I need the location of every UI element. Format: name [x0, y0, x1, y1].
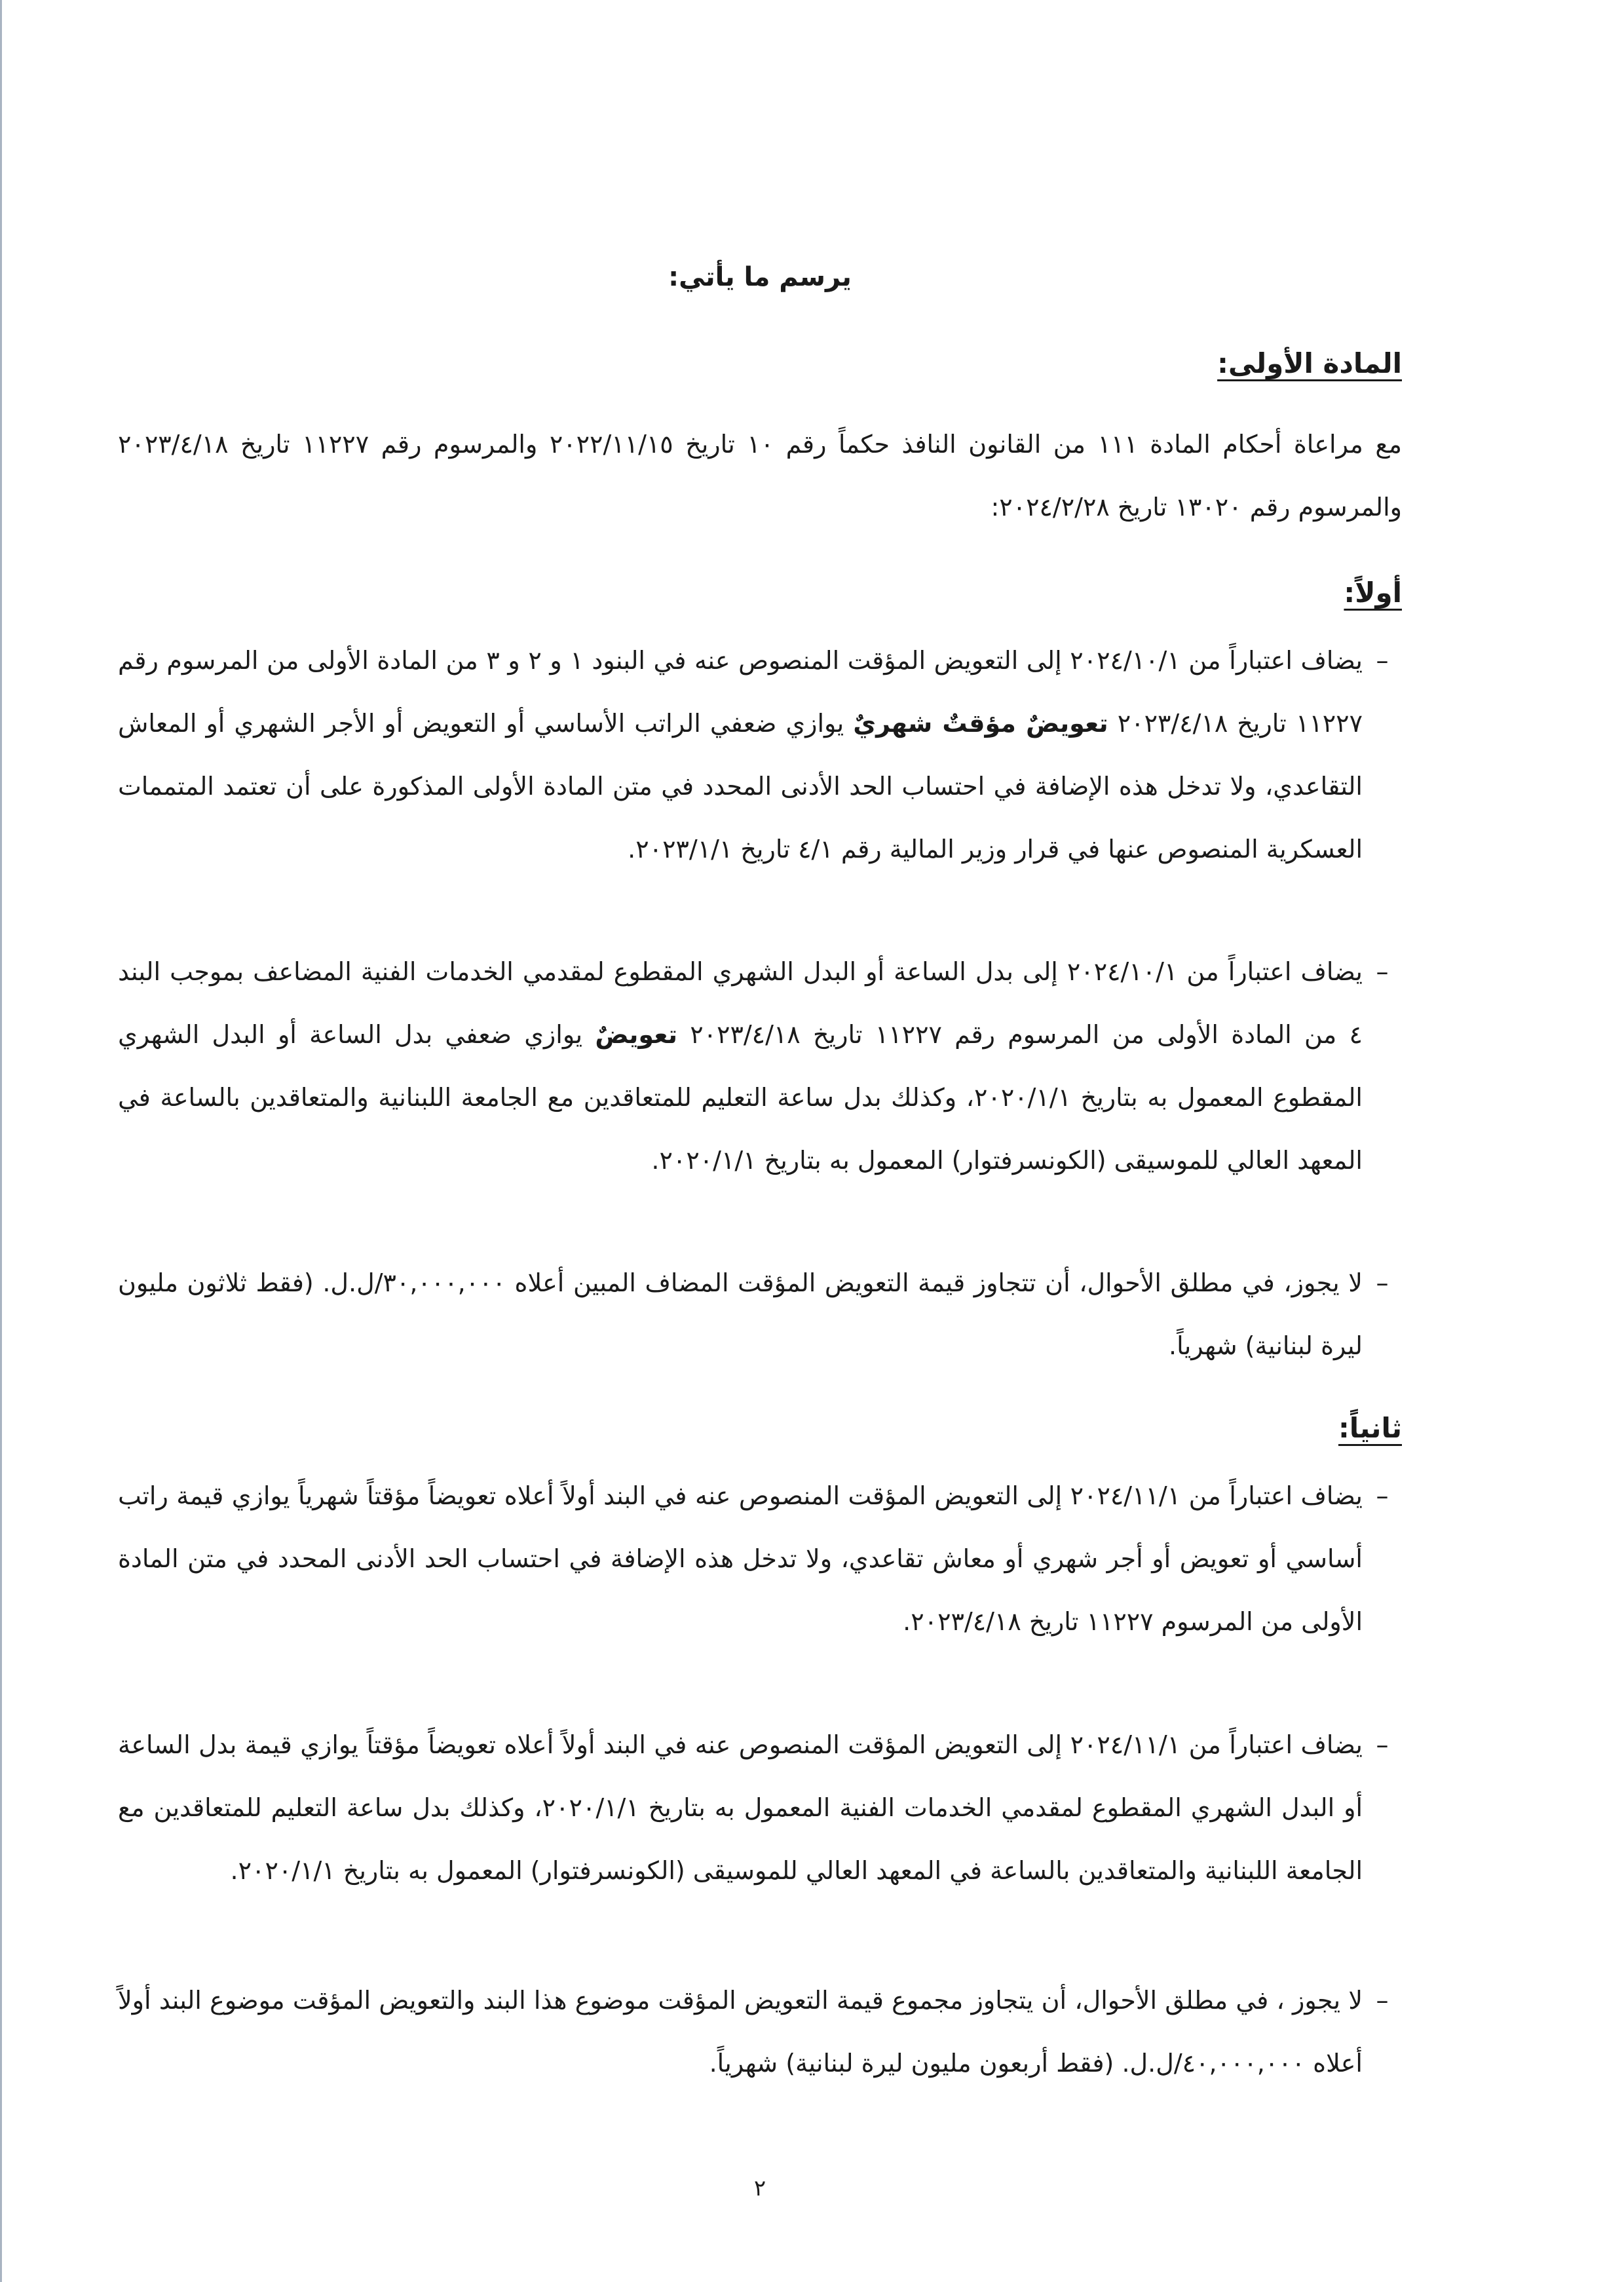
second-item-2: – يضاف اعتباراً من ٢٠٢٤/١١/١ إلى التعويض…	[118, 1713, 1402, 1902]
first-item-3: – لا يجوز، في مطلق الأحوال، أن تتجاوز قي…	[118, 1251, 1402, 1377]
section-second-heading: ثانياً:	[1338, 1412, 1402, 1444]
decree-intro: يرسم ما يأتي:	[118, 262, 1402, 292]
first-item-1: – يضاف اعتباراً من ٢٠٢٤/١٠/١ إلى التعويض…	[118, 629, 1402, 881]
bullet-dash: –	[1363, 1251, 1402, 1377]
first-item-1-text: يضاف اعتباراً من ٢٠٢٤/١٠/١ إلى التعويض ا…	[118, 629, 1363, 881]
bold-phrase: تعويضٌ مؤقتٌ شهريٌ	[853, 709, 1108, 738]
second-item-3-text: لا يجوز ، في مطلق الأحوال، أن يتجاوز مجم…	[118, 1969, 1363, 2095]
section-first-heading: أولاً:	[1344, 577, 1402, 609]
second-item-1: – يضاف اعتباراً من ٢٠٢٤/١١/١ إلى التعويض…	[118, 1464, 1402, 1653]
bullet-dash: –	[1363, 940, 1402, 1192]
article-one-heading: المادة الأولى:	[1217, 347, 1402, 379]
article-one-preamble: مع مراعاة أحكام المادة ١١١ من القانون ال…	[118, 413, 1402, 539]
bold-phrase: تعويضٌ	[595, 1020, 677, 1049]
bullet-dash: –	[1363, 1969, 1402, 2095]
bullet-dash: –	[1363, 1464, 1402, 1653]
document-page: يرسم ما يأتي: المادة الأولى: مع مراعاة أ…	[118, 0, 1402, 2282]
second-item-2-text: يضاف اعتباراً من ٢٠٢٤/١١/١ إلى التعويض ا…	[118, 1713, 1363, 1902]
first-item-2-text: يضاف اعتباراً من ٢٠٢٤/١٠/١ إلى بدل الساع…	[118, 940, 1363, 1192]
bullet-dash: –	[1363, 1713, 1402, 1902]
scan-edge	[0, 0, 2, 2282]
first-item-3-text: لا يجوز، في مطلق الأحوال، أن تتجاوز قيمة…	[118, 1251, 1363, 1377]
second-item-1-text: يضاف اعتباراً من ٢٠٢٤/١١/١ إلى التعويض ا…	[118, 1464, 1363, 1653]
first-item-2: – يضاف اعتباراً من ٢٠٢٤/١٠/١ إلى بدل الس…	[118, 940, 1402, 1192]
second-item-3: – لا يجوز ، في مطلق الأحوال، أن يتجاوز م…	[118, 1969, 1402, 2095]
page-number: ٢	[118, 2175, 1402, 2201]
bullet-dash: –	[1363, 629, 1402, 881]
